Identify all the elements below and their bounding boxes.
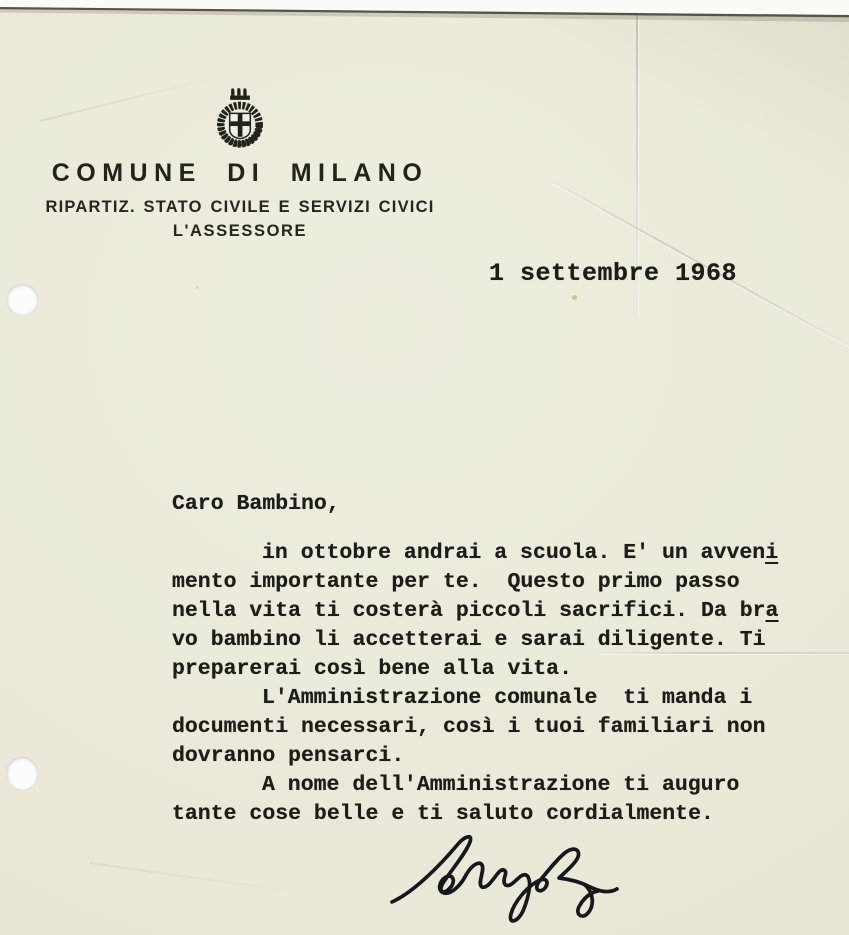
hole-punch-top	[7, 284, 38, 315]
salutation: Caro Bambino,	[172, 490, 778, 519]
date-line: 1 settembre 1968	[489, 257, 737, 290]
letter-line: nella vita ti costerà piccoli sacrifici.…	[172, 597, 778, 626]
organization-department: RIPARTIZ. STATO CIVILE E SERVIZI CIVICI	[40, 196, 440, 218]
letter-body: Caro Bambino, in ottobre andrai a scuola…	[172, 490, 778, 829]
letter-line: preparerai così bene alla vita.	[172, 655, 778, 684]
paper-speck	[572, 295, 577, 300]
letter-lines: in ottobre andrai a scuola. E' un avveni…	[172, 539, 778, 829]
letter-line: A nome dell'Amministrazione ti auguro	[172, 771, 778, 800]
hole-punch-bottom	[7, 757, 38, 790]
scanned-letter-page: COMUNE DI MILANO RIPARTIZ. STATO CIVILE …	[0, 0, 849, 935]
letter-line: in ottobre andrai a scuola. E' un avveni	[172, 539, 778, 568]
scan-edge	[0, 0, 849, 26]
letter-line: L'Amministrazione comunale ti manda i	[172, 684, 778, 713]
letter-line: mento importante per te. Questo primo pa…	[172, 568, 778, 597]
signature-autograph	[386, 828, 621, 935]
letterhead: COMUNE DI MILANO RIPARTIZ. STATO CIVILE …	[40, 88, 440, 242]
hyphenation-underline: i	[765, 541, 778, 565]
letter-line: documenti necessari, così i tuoi familia…	[172, 713, 778, 742]
letter-line: tante cose belle e ti saluto cordialment…	[172, 800, 778, 829]
milan-crest-icon	[210, 88, 270, 150]
letter-line: dovranno pensarci.	[172, 742, 778, 771]
letter-line: vo bambino li accetterai e sarai diligen…	[172, 626, 778, 655]
hyphenation-underline: a	[766, 599, 779, 623]
organization-name: COMUNE DI MILANO	[40, 158, 440, 188]
organization-office: L'ASSESSORE	[40, 220, 440, 242]
paper-speck	[196, 286, 199, 289]
